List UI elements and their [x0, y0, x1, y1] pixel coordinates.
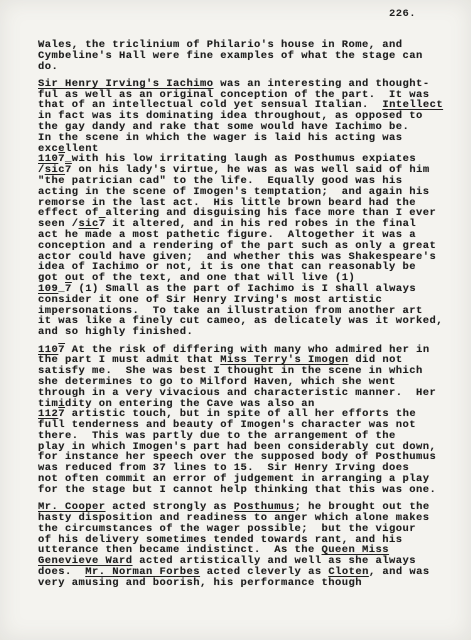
paragraph: Mr. Cooper acted strongly as Posthumus; …	[38, 502, 453, 588]
paragraph: 1107 At the risk of differing with many …	[38, 345, 453, 496]
page-number: 226.	[389, 8, 416, 20]
text-line: Cymbeline's Hall were fine examples of w…	[38, 51, 453, 62]
document-body: Wales, the triclinium of Philario's hous…	[38, 40, 453, 595]
paragraph: Wales, the triclinium of Philario's hous…	[38, 40, 453, 72]
text-line: for the stage but I cannot help thinking…	[38, 485, 453, 496]
page-container: 226. Wales, the triclinium of Philario's…	[0, 0, 471, 640]
text-segment: do.	[38, 61, 58, 73]
text-segment: and so highly finished.	[38, 326, 193, 338]
text-segment: , and was	[369, 566, 430, 578]
text-segment: for the stage but I cannot help thinking…	[38, 484, 436, 496]
text-line: In the scene in which the wager is laid …	[38, 133, 453, 144]
text-segment: very amusing and boorish, his performanc…	[38, 577, 362, 589]
text-line: very amusing and boorish, his performanc…	[38, 578, 453, 589]
text-line: and so highly finished.	[38, 327, 453, 338]
text-line: do.	[38, 62, 453, 73]
text-segment: Cymbeline's Hall were fine examples of w…	[38, 50, 423, 62]
paragraph: Sir Henry Irving's Iachimo was an intere…	[38, 79, 453, 338]
